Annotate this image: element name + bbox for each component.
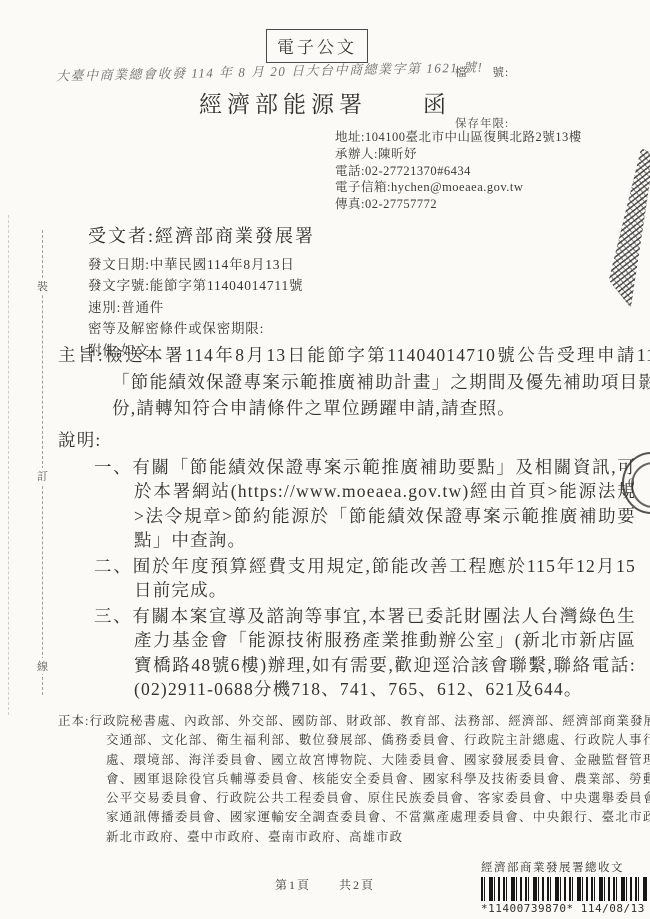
receipt-title: 經濟部商業發展署總收文: [481, 859, 647, 875]
received-handwritten-stamp: 大臺中商業總會收發 114 年 8 月 20 日大台中商總業字第 1621 號!: [56, 57, 484, 85]
document-page: 電子公文 檔 號: 保存年限: 大臺中商業總會收發 114 年 8 月 20 日…: [0, 0, 650, 919]
sender-email: 電子信箱:hychen@moeaea.gov.tw: [335, 179, 582, 196]
partial-seal-stamp: [596, 148, 650, 313]
copy-to-paragraph: 正本:行政院秘書處、內政部、外交部、國防部、財政部、教育部、法務部、經濟部、經濟…: [58, 712, 650, 847]
sender-phone: 電話:02-27721370#6434: [335, 163, 582, 180]
scan-edge-artifact: [8, 215, 9, 715]
receipt-number: *11400739870* 114/08/13: [481, 902, 647, 915]
speed-class: 速別:普通件: [88, 297, 315, 318]
subject-label: 主旨:: [58, 345, 104, 365]
binding-mark-zhuang: 裝: [36, 278, 49, 294]
description-label: 說明:: [58, 428, 636, 453]
barcode: [481, 877, 647, 901]
security-class: 密等及解密條件或保密期限:: [88, 318, 315, 339]
recipient-block: 受文者:經濟部商業發展署 發文日期:中華民國114年8月13日 發文字號:能節字…: [88, 222, 315, 361]
sender-contact-person: 承辦人:陳昕妤: [335, 146, 582, 163]
copy-to-label: 正本:: [58, 714, 90, 728]
sender-fax: 傳真:02-27757772: [335, 196, 582, 213]
issue-date: 發文日期:中華民國114年8月13日: [88, 254, 315, 275]
description-item-2: 二、囿於年度預算經費支用規定,節能改善工程應於115年12月15日前完成。: [94, 554, 636, 603]
binding-mark-xian: 線: [36, 658, 49, 674]
recipient-name: 受文者:經濟部商業發展署: [88, 222, 315, 248]
item-1-text: 有關「節能績效保證專案示範推廣補助要點」及相關資訊,可於本署網站(https:/…: [132, 457, 636, 551]
subject-text: 檢送本署114年8月13日能節字第11404014710號公告受理申請115年「…: [104, 345, 650, 418]
item-2-text: 囿於年度預算經費支用規定,節能改善工程應於115年12月15日前完成。: [133, 556, 636, 601]
item-1-number: 一、: [94, 457, 132, 477]
binding-dashed-line: [42, 230, 43, 695]
page-title: 經濟部能源署 函: [0, 86, 650, 119]
receipt-stamp-block: 經濟部商業發展署總收文 *11400739870* 114/08/13: [481, 859, 647, 915]
binding-mark-ding: 訂: [36, 468, 49, 484]
subject-paragraph: 主旨:檢送本署114年8月13日能節字第11404014710號公告受理申請11…: [58, 342, 650, 422]
copy-to-text: 行政院秘書處、內政部、外交部、國防部、財政部、教育部、法務部、經濟部、經濟部商業…: [90, 714, 650, 844]
issue-number: 發文字號:能節字第11404014711號: [88, 275, 315, 296]
item-3-text: 有關本案宣導及諮詢等事宜,本署已委託財團法人台灣綠色生產力基金會「能源技術服務產…: [132, 606, 636, 700]
item-3-number: 三、: [94, 606, 132, 626]
sender-address: 地址:104100臺北市中山區復興北路2號13樓: [335, 129, 582, 146]
sender-info-block: 地址:104100臺北市中山區復興北路2號13樓 承辦人:陳昕妤 電話:02-2…: [335, 129, 582, 213]
doc-type-label: 電子公文: [277, 38, 357, 57]
item-2-number: 二、: [94, 556, 133, 576]
description-section: 說明: 一、有關「節能績效保證專案示範推廣補助要點」及相關資訊,可於本署網站(h…: [58, 428, 636, 703]
doc-type-box: 電子公文: [266, 29, 368, 63]
description-item-3: 三、有關本案宣導及諮詢等事宜,本署已委託財團法人台灣綠色生產力基金會「能源技術服…: [94, 604, 636, 702]
description-item-1: 一、有關「節能績效保證專案示範推廣補助要點」及相關資訊,可於本署網站(https…: [94, 455, 636, 553]
